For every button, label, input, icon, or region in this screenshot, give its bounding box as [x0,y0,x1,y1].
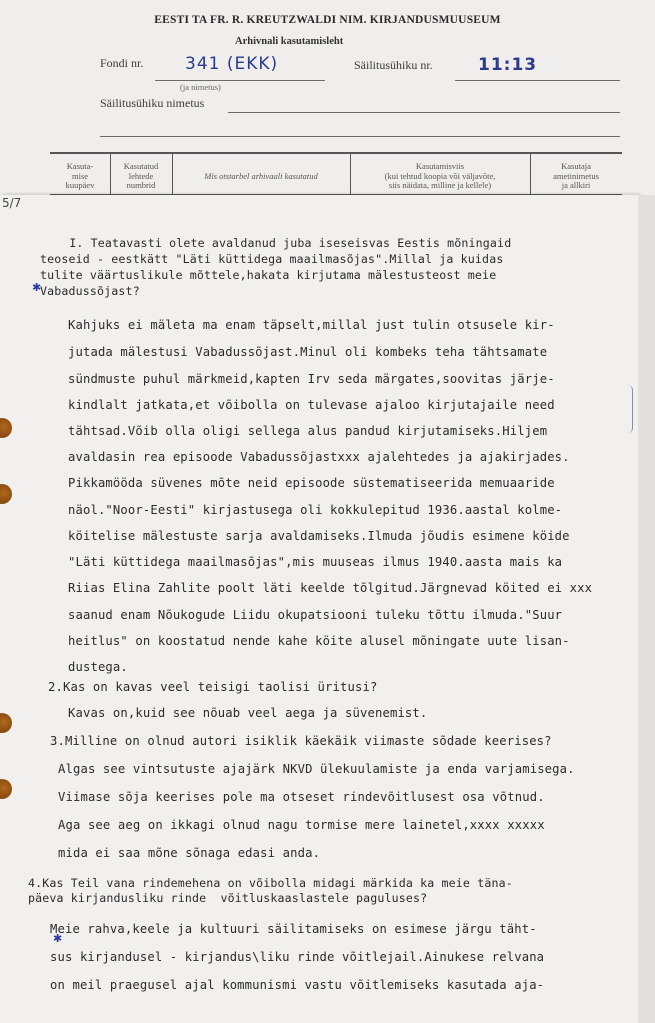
fondi-line [155,80,325,81]
typed-line: dustega. [68,660,128,674]
institution-name: EESTI TA FR. R. KREUTZWALDI NIM. KIRJAND… [0,14,655,26]
col-header-user: Kasutaja ametinimetus ja allkiri [530,162,622,191]
col-header-method: Kasutamisviis (kui tehtud koopia või väl… [350,162,530,191]
fondi-label: Fondi nr. [100,56,143,71]
typed-line: kindlalt jatkata,et võibolla on tulevase… [68,398,555,412]
sailitusuhiku-nr-value: 11:13 [478,55,537,75]
form-title: Arhivnali kasutamisleht [235,36,343,47]
fondi-value: 341 (EKK) [185,54,278,74]
typed-line: Riias Elina Zahlite poolt läti keelde tõ… [68,581,592,595]
typed-line: Meie rahva,keele ja kultuuri säilitamise… [50,922,537,936]
typed-line: teoseid - eestkätt "Läti küttidega maail… [40,252,503,266]
typed-line: Kavas on,kuid see nõuab veel aega ja süv… [68,706,427,720]
typed-line: jutada mälestusi Vabadussõjast.Minul oli… [68,345,547,359]
typed-line: näol."Noor-Eesti" kirjastusega oli kokku… [68,503,562,517]
table-top-rule [50,152,622,154]
pen-bracket-mark [628,385,633,433]
typed-line: tulite väärtuslikule mõttele,hakata kirj… [40,268,496,282]
fondi-hint: (ja nimetus) [180,82,221,92]
typed-line: sündmuste puhul märkmeid,kapten Irv seda… [68,372,555,386]
archive-usage-form: EESTI TA FR. R. KREUTZWALDI NIM. KIRJAND… [0,0,655,200]
typed-line: sus kirjandusel - kirjandus\liku rinde v… [50,950,544,964]
col-header-date: Kasuta- mise kuupäev [50,162,110,191]
typed-line: "Läti küttidega maailmasõjas",mis muusea… [68,555,562,569]
typed-line: 4.Kas Teil vana rindemehena on võibolla … [28,876,513,890]
typed-line: saanud enam Nõukogude Liidu okupatsiooni… [68,608,562,622]
typed-line: 3.Milline on olnud autori isiklik käekäi… [50,734,552,748]
sailitusuhiku-nr-label: Säilitusühiku nr. [354,58,433,73]
typed-line: Pikkamööda süvenes mõte neid episoode sü… [68,476,555,490]
typed-line: päeva kirjandusliku rinde võitluskaaslas… [28,891,427,905]
page-edge [638,195,655,1023]
typed-line: mida ei saa mõne sõnaga edasi anda. [58,846,320,860]
typed-line: Vabadussõjast? [40,284,140,298]
col-header-purpose: Mis otstarbel arhivaali kasutatud [172,172,350,182]
col-header-pages: Kasutatud lehtede numbrid [110,162,172,191]
typed-line: heitlus" on koostatud nende kahe köite a… [68,634,570,648]
sailitusuhiku-nr-line [455,80,620,81]
typed-line: Kahjuks ei mäleta ma enam täpselt,millal… [68,318,555,332]
second-line [100,136,620,137]
typed-line: Viimase sõja keerises pole ma otseset ri… [58,790,545,804]
typed-line: avaldasin rea episoode Vabadussõjastxxx … [68,450,570,464]
typed-line: tähtsad.Võib olla oligi sellega alus pan… [68,424,547,438]
typed-line: Algas see vintsutuste ajajärk NKVD üleku… [58,762,575,776]
typed-line: on meil praegusel ajal kommunismi vastu … [50,978,544,992]
typed-line: I. Teatavasti olete avaldanud juba isese… [55,236,511,250]
sailitusuhiku-nimetus-line [228,112,620,113]
typed-line: köitelise mälestuste sarja avaldamiseks.… [68,529,570,543]
margin-note: 5/7 [2,196,21,210]
typed-line: Aga see aeg on ikkagi olnud nagu tormise… [58,818,545,832]
sailitusuhiku-nimetus-label: Säilitusühiku nimetus [100,96,204,111]
typed-line: 2.Kas on kavas veel teisigi taolisi ürit… [48,680,377,694]
